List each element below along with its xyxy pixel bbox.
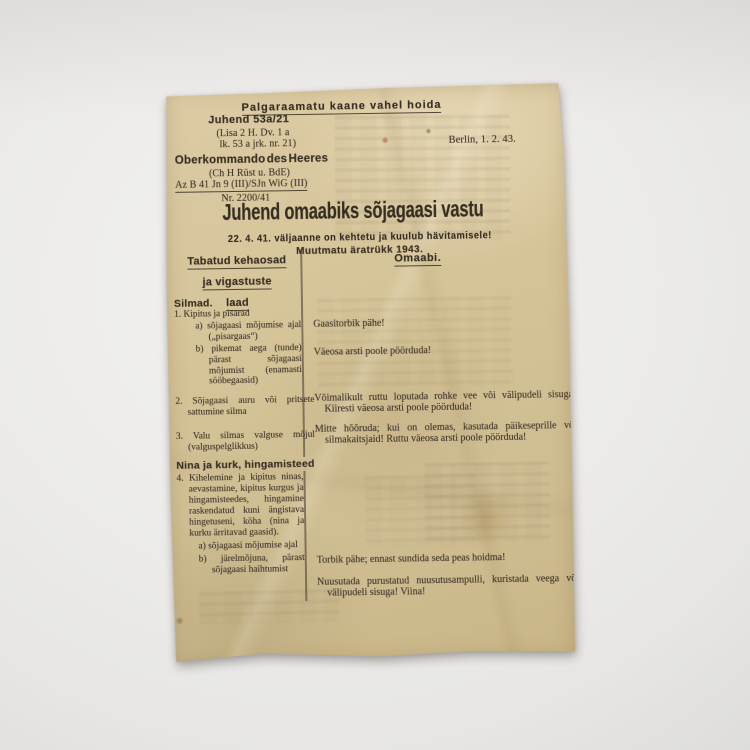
symptom-item-3: 3. Valu silmas valguse mõjul (valguspelg… (176, 430, 315, 454)
place-date: Berlin, 1. 2. 43. (448, 134, 515, 146)
issuer-line: Oberkommando des Heeres (175, 153, 329, 167)
remedy-rinse-eyes: Võimalikult ruttu loputada rohke vee või… (314, 389, 576, 416)
symptom-item-4-main: 4. Kihelemine ja kipitus ninas, aevastam… (176, 472, 304, 539)
symptom-item-1-title: 1. Kipitus ja pisarad (174, 308, 301, 321)
symptom-item-1a: a) sõjagaasi mõjumise ajal („pisargaas“) (195, 320, 301, 343)
remedy-gas-mask: Gaasitorbik pähe! (313, 315, 575, 330)
remedy-no-rubbing: Mitte hõõruda; kui on olemas, kasutada p… (315, 420, 577, 447)
remedy-mask-on: Torbik pähe; ennast sundida seda peas ho… (317, 551, 579, 566)
show-through-smudge (365, 474, 476, 548)
symptom-item-2: 2. Sõjagaasi auru või pritsete sattumine… (175, 395, 314, 419)
symptoms-column-header-line-2: ja vigastuste (202, 275, 271, 290)
main-title: Juhend omaabiks sõjagaasi vastu (222, 195, 484, 226)
photo-backdrop: Palgaraamatu kaane vahel hoida Juhend 53… (0, 0, 750, 750)
symptom-item-1: 1. Kipitus ja pisarad a) sõjagaasi mõjum… (174, 308, 302, 388)
paper-stain (176, 617, 184, 625)
file-number-line: Az B 41 Jn 9 (III)/SJn WiG (III) (175, 178, 307, 193)
section-heading-nose-throat: Nina ja kurk, hingamisteed (176, 458, 314, 472)
show-through-smudge (317, 296, 513, 389)
show-through-smudge (424, 461, 550, 543)
symptom-item-4: 4. Kihelemine ja kipitus ninas, aevastam… (176, 472, 305, 577)
symptom-item-4b: b) järelmõjuna, pärast sõjagaasi haihtum… (199, 553, 305, 576)
symptoms-column-header-line-1: Tabatud kehaosad (187, 254, 286, 269)
leaflet-paper: Palgaraamatu kaane vahel hoida Juhend 53… (164, 83, 575, 663)
paper-stain (383, 138, 388, 143)
remedy-see-doctor: Väeosa arsti poole pöörduda! (314, 343, 576, 358)
paper-stain (426, 129, 430, 133)
paper-stain (447, 472, 522, 563)
remedy-ampoule: Nuusutada purustatud nuusutusampulli, ku… (317, 573, 579, 600)
leaflet: Palgaraamatu kaane vahel hoida Juhend 53… (164, 83, 575, 663)
lisa-ref-line-2: lk. 53 a jrk. nr. 21) (220, 138, 297, 150)
remedies-column-header: Omaabi. (394, 248, 441, 267)
symptom-item-4a: a) sõjagaasi mõjumise ajal (198, 540, 304, 552)
main-title-row: Juhend omaabiks sõjagaasi vastu (165, 194, 568, 227)
section-heading-eyes: Silmad. (174, 297, 213, 310)
symptom-item-1b: b) pikemat aega (tunde) pärast sõjagaasi… (196, 343, 303, 388)
juhend-number: Juhend 53a/21 (208, 113, 289, 126)
remedies-column-header-text: Omaabi. (394, 252, 441, 267)
